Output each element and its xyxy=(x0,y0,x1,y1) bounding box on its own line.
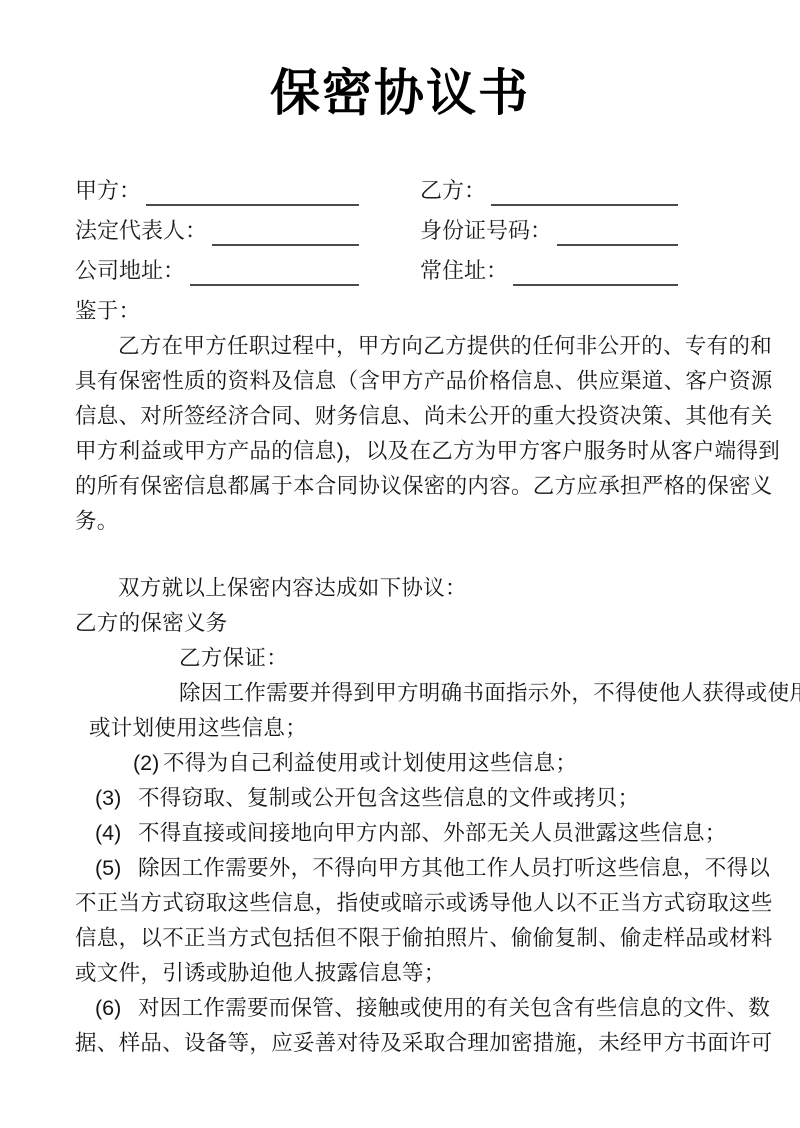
paragraph-line: 甲方利益或甲方产品的信息)，以及在乙方为甲方客户服务时从客户端得到 xyxy=(75,434,728,469)
clause-item-6: (6)对因工作需要而保管、接触或使用的有关包含有些信息的文件、数 xyxy=(75,991,728,1026)
paragraph-line: 具有保密性质的资料及信息（含甲方产品价格信息、供应渠道、客户资源 xyxy=(75,364,728,399)
document-page: 保密协议书 甲方： 乙方： 法定代表人： 身份证号码： 公司地址 xyxy=(0,0,800,1128)
clause-text: 不得窃取、复制或公开包含这些信息的文件或拷贝； xyxy=(138,786,639,810)
party-a-field: 甲方： xyxy=(75,176,359,206)
clause-number: (2) xyxy=(133,746,163,781)
company-address-field: 公司地址： xyxy=(75,256,359,286)
document-title: 保密协议书 xyxy=(0,64,800,122)
clause-text: 不得为自己利益使用或计划使用这些信息； xyxy=(163,751,577,775)
agreement-intro: 双方就以上保密内容达成如下协议： xyxy=(75,571,728,606)
party-a-label: 甲方： xyxy=(75,176,141,206)
party-b-label: 乙方： xyxy=(420,176,486,206)
residence-address-field: 常住址： xyxy=(420,256,678,286)
clause-line: 信息，以不正当方式包括但不限于偷拍照片、偷偷复制、偷走样品或材料 xyxy=(75,921,728,956)
party-a-blank-line xyxy=(146,177,359,206)
clause-text: 除因工作需要外，不得向甲方其他工作人员打听这些信息，不得以 xyxy=(138,856,770,880)
clause-line: 或计划使用这些信息； xyxy=(75,711,728,746)
clause-line: 或文件，引诱或胁迫他人披露信息等； xyxy=(75,956,728,991)
clause-item-2: (2)不得为自己利益使用或计划使用这些信息； xyxy=(75,746,728,781)
pledge-heading: 乙方保证： xyxy=(75,641,728,676)
id-number-blank-line xyxy=(557,217,678,246)
clause-line: 不正当方式窃取这些信息，指使或暗示或诱导他人以不正当方式窃取这些 xyxy=(75,886,728,921)
party-b-field: 乙方： xyxy=(420,176,678,206)
form-row-representative: 法定代表人： 身份证号码： xyxy=(75,206,725,246)
clause-number: (3) xyxy=(95,781,138,816)
document-body: 鉴于： 乙方在甲方任职过程中，甲方向乙方提供的任何非公开的、专有的和 具有保密性… xyxy=(75,294,728,1061)
residence-address-blank-line xyxy=(513,257,678,286)
legal-representative-blank-line xyxy=(212,217,359,246)
clause-number: (5) xyxy=(95,851,138,886)
clause-text: 不得直接或间接地向甲方内部、外部无关人员泄露这些信息； xyxy=(138,821,727,845)
clause-number: (6) xyxy=(95,991,138,1026)
company-address-blank-line xyxy=(190,257,359,286)
id-number-field: 身份证号码： xyxy=(420,216,678,246)
whereas-label: 鉴于： xyxy=(75,294,728,329)
clause-number: (4) xyxy=(95,816,138,851)
legal-representative-label: 法定代表人： xyxy=(75,216,207,246)
form-row-parties: 甲方： 乙方： xyxy=(75,166,725,206)
paragraph-line: 信息、对所签经济合同、财务信息、尚未公开的重大投资决策、其他有关 xyxy=(75,399,728,434)
paragraph-line: 的所有保密信息都属于本合同协议保密的内容。乙方应承担严格的保密义 xyxy=(75,469,728,504)
paragraph-line: 务。 xyxy=(75,504,728,539)
residence-address-label: 常住址： xyxy=(420,256,508,286)
paragraph-line: 乙方在甲方任职过程中，甲方向乙方提供的任何非公开的、专有的和 xyxy=(75,329,728,364)
clause-text: 对因工作需要而保管、接触或使用的有关包含有些信息的文件、数 xyxy=(138,996,770,1020)
clause-item-3: (3)不得窃取、复制或公开包含这些信息的文件或拷贝； xyxy=(75,781,728,816)
party-info-form: 甲方： 乙方： 法定代表人： 身份证号码： 公司地址： xyxy=(75,166,725,286)
clause-item-4: (4)不得直接或间接地向甲方内部、外部无关人员泄露这些信息； xyxy=(75,816,728,851)
section-title: 乙方的保密义务 xyxy=(75,606,728,641)
party-b-blank-line xyxy=(491,177,678,206)
clause-line: 据、样品、设备等，应妥善对待及采取合理加密措施，未经甲方书面许可 xyxy=(75,1026,728,1061)
legal-representative-field: 法定代表人： xyxy=(75,216,359,246)
clause-line: 除因工作需要并得到甲方明确书面指示外，不得使他人获得或使用 xyxy=(75,676,728,711)
form-row-address: 公司地址： 常住址： xyxy=(75,246,725,286)
id-number-label: 身份证号码： xyxy=(420,216,552,246)
clause-item-5: (5)除因工作需要外，不得向甲方其他工作人员打听这些信息，不得以 xyxy=(75,851,728,886)
company-address-label: 公司地址： xyxy=(75,256,185,286)
paragraph-gap xyxy=(75,539,728,571)
